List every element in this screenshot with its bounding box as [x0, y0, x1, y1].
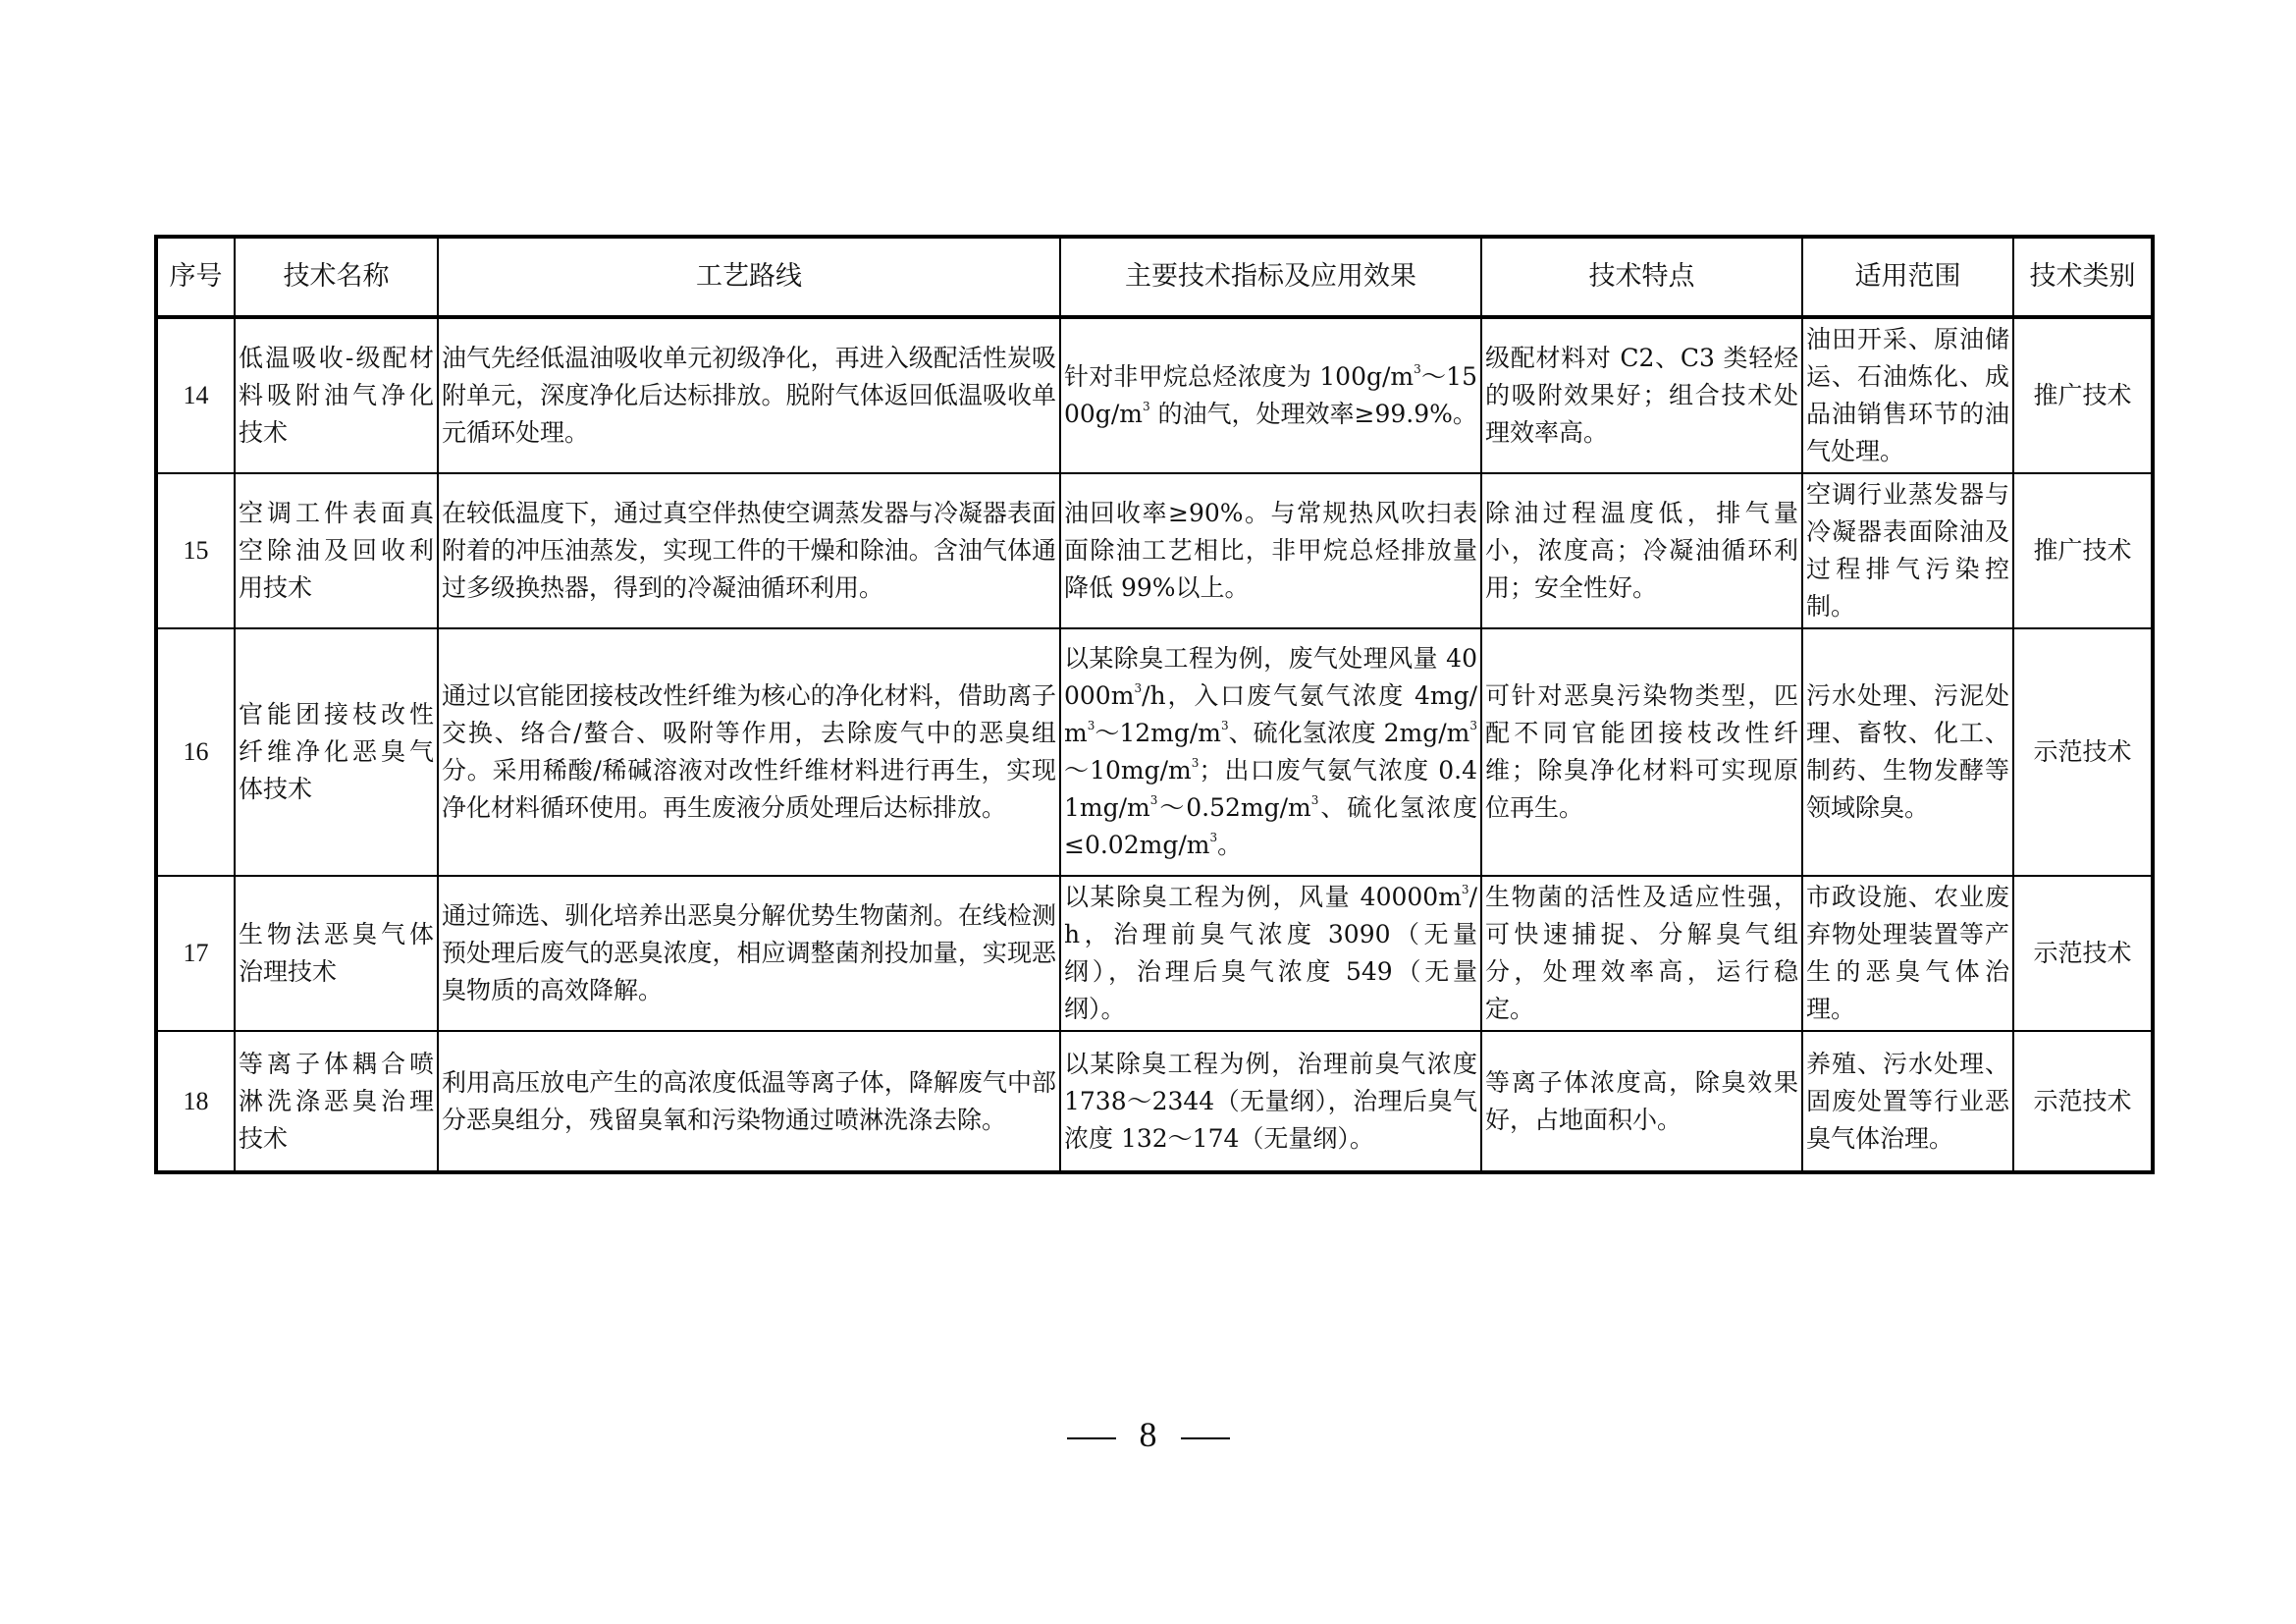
technology-table: 序号 技术名称 工艺路线 主要技术指标及应用效果 技术特点 适用范围 技术类别 … — [154, 235, 2155, 1174]
cell-features: 级配材料对 C2、C3 类轻烃的吸附效果好；组合技术处理效率高。 — [1481, 317, 1802, 473]
cell-name: 官能团接枝改性纤维净化恶臭气体技术 — [235, 628, 438, 876]
cell-category: 示范技术 — [2013, 628, 2153, 876]
cell-indicators: 油回收率≥90%。与常规热风吹扫表面除油工艺相比，非甲烷总烃排放量降低 99%以… — [1060, 473, 1481, 628]
cell-process: 在较低温度下，通过真空伴热使空调蒸发器与冷凝器表面附着的冲压油蒸发，实现工件的干… — [438, 473, 1060, 628]
cell-features: 可针对恶臭污染物类型，匹配不同官能团接枝改性纤维；除臭净化材料可实现原位再生。 — [1481, 628, 1802, 876]
cell-scope: 市政设施、农业废弃物处理装置等产生的恶臭气体治理。 — [1802, 876, 2013, 1031]
cell-name: 低温吸收-级配材料吸附油气净化技术 — [235, 317, 438, 473]
table-row: 14 低温吸收-级配材料吸附油气净化技术 油气先经低温油吸收单元初级净化，再进入… — [156, 317, 2153, 473]
page-number-footer: 8 — [0, 1414, 2296, 1455]
cell-name: 等离子体耦合喷淋洗涤恶臭治理技术 — [235, 1031, 438, 1172]
header-features: 技术特点 — [1481, 237, 1802, 317]
table-row: 17 生物法恶臭气体治理技术 通过筛选、驯化培养出恶臭分解优势生物菌剂。在线检测… — [156, 876, 2153, 1031]
cell-process: 通过筛选、驯化培养出恶臭分解优势生物菌剂。在线检测预处理后废气的恶臭浓度，相应调… — [438, 876, 1060, 1031]
cell-category: 示范技术 — [2013, 876, 2153, 1031]
cell-category: 推广技术 — [2013, 473, 2153, 628]
cell-process: 油气先经低温油吸收单元初级净化，再进入级配活性炭吸附单元，深度净化后达标排放。脱… — [438, 317, 1060, 473]
cell-process: 利用高压放电产生的高浓度低温等离子体，降解废气中部分恶臭组分，残留臭氧和污染物通… — [438, 1031, 1060, 1172]
table-header-row: 序号 技术名称 工艺路线 主要技术指标及应用效果 技术特点 适用范围 技术类别 — [156, 237, 2153, 317]
cell-no: 18 — [156, 1031, 235, 1172]
cell-indicators: 针对非甲烷总烃浓度为 100g/m3～1500g/m3 的油气，处理效率≥99.… — [1060, 317, 1481, 473]
dash-right — [1181, 1437, 1230, 1439]
cell-process: 通过以官能团接枝改性纤维为核心的净化材料，借助离子交换、络合/螯合、吸附等作用，… — [438, 628, 1060, 876]
header-name: 技术名称 — [235, 237, 438, 317]
cell-name: 生物法恶臭气体治理技术 — [235, 876, 438, 1031]
table-row: 16 官能团接枝改性纤维净化恶臭气体技术 通过以官能团接枝改性纤维为核心的净化材… — [156, 628, 2153, 876]
cell-scope: 养殖、污水处理、固废处置等行业恶臭气体治理。 — [1802, 1031, 2013, 1172]
header-process: 工艺路线 — [438, 237, 1060, 317]
cell-scope: 空调行业蒸发器与冷凝器表面除油及过程排气污染控制。 — [1802, 473, 2013, 628]
cell-no: 17 — [156, 876, 235, 1031]
cell-no: 16 — [156, 628, 235, 876]
page-number: 8 — [1140, 1415, 1157, 1454]
cell-features: 生物菌的活性及适应性强，可快速捕捉、分解臭气组分，处理效率高，运行稳定。 — [1481, 876, 1802, 1031]
cell-indicators: 以某除臭工程为例，风量 40000m3/h，治理前臭气浓度 3090（无量纲），… — [1060, 876, 1481, 1031]
header-category: 技术类别 — [2013, 237, 2153, 317]
cell-scope: 油田开采、原油储运、石油炼化、成品油销售环节的油气处理。 — [1802, 317, 2013, 473]
cell-indicators: 以某除臭工程为例，治理前臭气浓度 1738～2344（无量纲），治理后臭气浓度 … — [1060, 1031, 1481, 1172]
cell-no: 14 — [156, 317, 235, 473]
cell-category: 推广技术 — [2013, 317, 2153, 473]
header-scope: 适用范围 — [1802, 237, 2013, 317]
header-no: 序号 — [156, 237, 235, 317]
cell-name: 空调工件表面真空除油及回收利用技术 — [235, 473, 438, 628]
table-row: 15 空调工件表面真空除油及回收利用技术 在较低温度下，通过真空伴热使空调蒸发器… — [156, 473, 2153, 628]
dash-left — [1067, 1437, 1116, 1439]
header-indicators: 主要技术指标及应用效果 — [1060, 237, 1481, 317]
cell-category: 示范技术 — [2013, 1031, 2153, 1172]
cell-indicators: 以某除臭工程为例，废气处理风量 40000m3/h，入口废气氨气浓度 4mg/m… — [1060, 628, 1481, 876]
cell-features: 除油过程温度低，排气量小，浓度高；冷凝油循环利用；安全性好。 — [1481, 473, 1802, 628]
cell-scope: 污水处理、污泥处理、畜牧、化工、制药、生物发酵等领域除臭。 — [1802, 628, 2013, 876]
table-row: 18 等离子体耦合喷淋洗涤恶臭治理技术 利用高压放电产生的高浓度低温等离子体，降… — [156, 1031, 2153, 1172]
cell-no: 15 — [156, 473, 235, 628]
cell-features: 等离子体浓度高，除臭效果好，占地面积小。 — [1481, 1031, 1802, 1172]
